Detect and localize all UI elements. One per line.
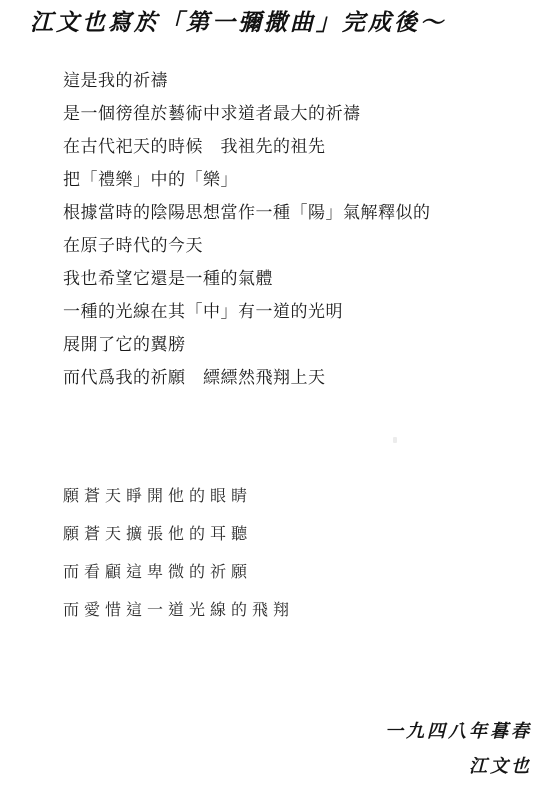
signature-date: 一九四八年暮春 <box>385 714 532 749</box>
signature-block: 一九四八年暮春 江文也 <box>385 714 532 784</box>
poem-line: 我也希望它還是一種的氣體 <box>63 262 431 295</box>
stanza-2: 願蒼天睜開他的眼睛 願蒼天擴張他的耳聽 而看顧這卑微的祈願 而愛惜這一道光線的飛… <box>63 478 294 630</box>
scan-artifact-dot <box>393 437 397 443</box>
poem-line: 願蒼天擴張他的耳聽 <box>63 516 294 554</box>
poem-line: 而看顧這卑微的祈願 <box>63 554 294 592</box>
poem-line: 而愛惜這一道光線的飛翔 <box>63 592 294 630</box>
poem-line: 而代爲我的祈願 縹縹然飛翔上天 <box>63 361 431 394</box>
poem-line: 在原子時代的今天 <box>63 229 431 262</box>
poem-line: 展開了它的翼膀 <box>63 328 431 361</box>
poem-line: 是一個徬徨於藝術中求道者最大的祈禱 <box>63 97 431 130</box>
poem-line: 這是我的祈禱 <box>63 64 431 97</box>
poem-line: 願蒼天睜開他的眼睛 <box>63 478 294 516</box>
poem-line: 一種的光線在其「中」有一道的光明 <box>63 295 431 328</box>
document-page: 江文也寫於「第一彌撒曲」完成後～ 這是我的祈禱 是一個徬徨於藝術中求道者最大的祈… <box>0 0 558 806</box>
signature-author: 江文也 <box>385 749 532 784</box>
poem-line: 把「禮樂」中的「樂」 <box>63 163 431 196</box>
page-title: 江文也寫於「第一彌撒曲」完成後～ <box>30 4 446 37</box>
stanza-1: 這是我的祈禱 是一個徬徨於藝術中求道者最大的祈禱 在古代祀天的時候 我祖先的祖先… <box>63 64 431 394</box>
poem-line: 在古代祀天的時候 我祖先的祖先 <box>63 130 431 163</box>
poem-line: 根據當時的陰陽思想當作一種「陽」氣解釋似的 <box>63 196 431 229</box>
